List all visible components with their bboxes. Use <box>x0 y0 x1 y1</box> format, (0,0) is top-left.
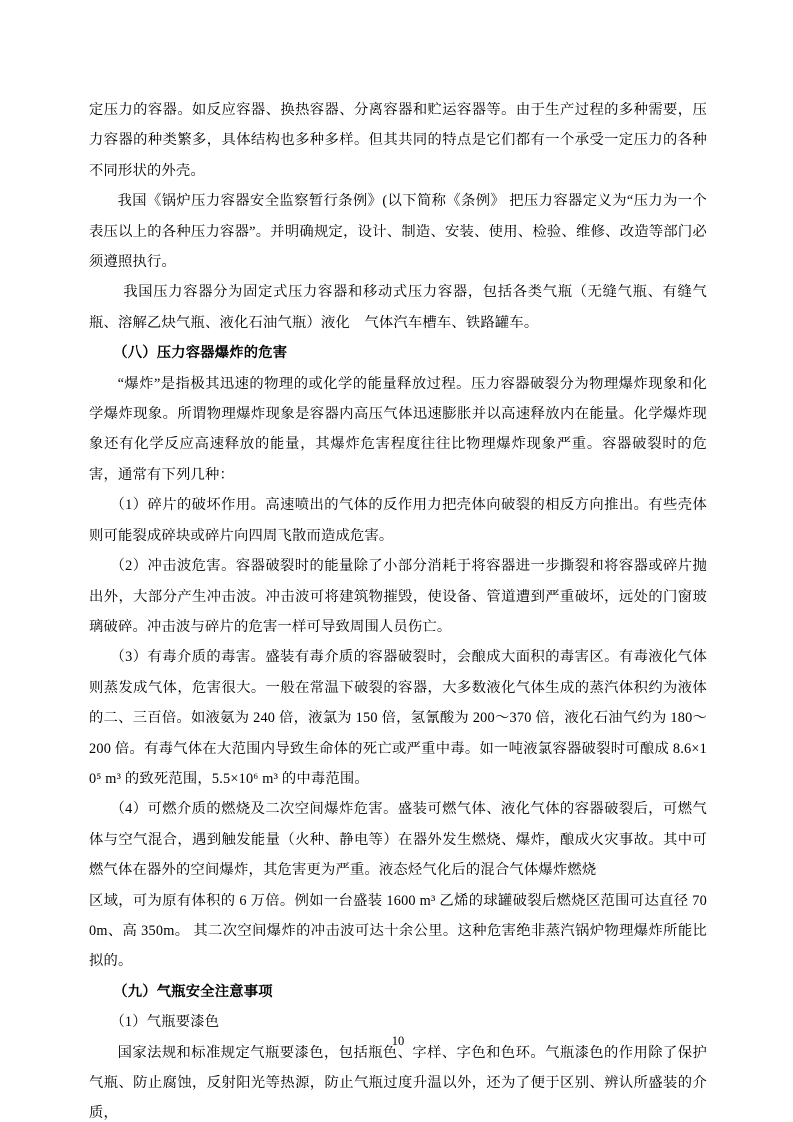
page-number: 10 <box>89 1033 707 1049</box>
paragraph-hazard-1-fragments: （1）碎片的破坏作用。高速喷出的气体的反作用力把壳体向破裂的相反方向推出。有些壳… <box>89 490 707 551</box>
paragraph-pressure-vessel-intro-continuation: 定压力的容器。如反应容器、换热容器、分离容器和贮运容器等。由于生产过程的多种需要… <box>89 95 707 186</box>
paragraph-regulation-definition: 我国《锅炉压力容器安全监察暂行条例》(以下简称《条例》 把压力容器定义为“压力为… <box>89 186 707 277</box>
paragraph-explosion-definition: “爆炸”是指极其迅速的物理的或化学的能量释放过程。压力容器破裂分为物理爆炸现象和… <box>89 369 707 491</box>
paragraph-painting-regulations: 国家法规和标准规定气瓶要漆色，包括瓶色、字样、字色和色环。气瓶漆色的作用除了保护… <box>89 1038 707 1122</box>
section-heading-gas-cylinder-safety: （九）气瓶安全注意事项 <box>89 977 707 1007</box>
paragraph-hazard-4-flammable-media: （4）可燃介质的燃烧及二次空间爆炸危害。盛装可燃气体、液化气体的容器破裂后，可燃… <box>89 794 707 885</box>
paragraph-hazard-4-continuation: 区域，可为原有体积的 6 万倍。例如一台盛装 1600 m³ 乙烯的球罐破裂后燃… <box>89 886 707 977</box>
page-body-text: 定压力的容器。如反应容器、换热容器、分离容器和贮运容器等。由于生产过程的多种需要… <box>89 95 707 1122</box>
paragraph-vessel-classification: 我国压力容器分为固定式压力容器和移动式压力容器，包括各类气瓶（无缝气瓶、有缝气瓶… <box>89 277 707 338</box>
paragraph-hazard-2-shockwave: （2）冲击波危害。容器破裂时的能量除了小部分消耗于将容器进一步撕裂和将容器或碎片… <box>89 551 707 642</box>
section-heading-explosion-hazards: （八）压力容器爆炸的危害 <box>89 338 707 368</box>
paragraph-hazard-3-toxic-media: （3）有毒介质的毒害。盛装有毒介质的容器破裂时，会酿成大面积的毒害区。有毒液化气… <box>89 642 707 794</box>
document-page: 定压力的容器。如反应容器、换热容器、分离容器和贮运容器等。由于生产过程的多种需要… <box>0 0 793 1122</box>
